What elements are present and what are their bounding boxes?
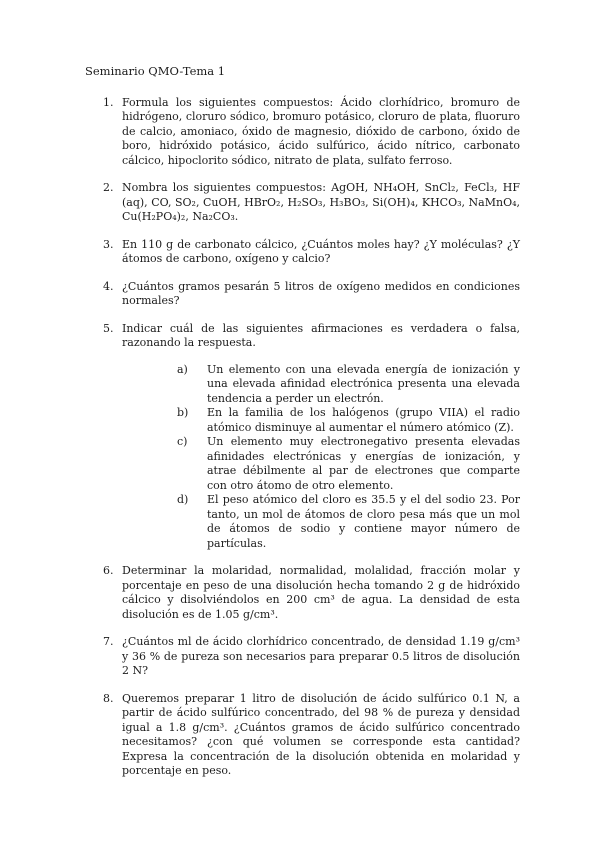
subquestion-text: Un elemento muy electronegativo presenta…	[207, 435, 520, 493]
question-text: Nombra los siguientes compuestos: AgOH, …	[122, 181, 520, 225]
question-item-5: 5. Indicar cuál de las siguientes afirma…	[85, 322, 520, 552]
question-item-2: 2. Nombra los siguientes compuestos: AgO…	[85, 181, 520, 225]
question-number: 1.	[103, 96, 114, 111]
question-number: 3.	[103, 238, 114, 253]
question-item-6: 6. Determinar la molaridad, normalidad, …	[85, 564, 520, 622]
subquestion-letter: c)	[177, 435, 187, 450]
subquestion-letter: d)	[177, 493, 188, 508]
question-number: 2.	[103, 181, 114, 196]
question-text: ¿Cuántos ml de ácido clorhídrico concent…	[122, 635, 520, 679]
subquestion-item-d: d) El peso atómico del cloro es 35.5 y e…	[122, 493, 520, 551]
question-text: Formula los siguientes compuestos: Ácido…	[122, 96, 520, 169]
question-text: Queremos preparar 1 litro de disolución …	[122, 692, 520, 779]
subquestion-text: En la familia de los halógenos (grupo VI…	[207, 406, 520, 435]
document-title: Seminario QMO-Tema 1	[85, 64, 520, 79]
question-item-3: 3. En 110 g de carbonato cálcico, ¿Cuánt…	[85, 238, 520, 267]
question-text: Indicar cuál de las siguientes afirmacio…	[122, 322, 520, 351]
question-number: 4.	[103, 280, 114, 295]
question-number: 5.	[103, 322, 114, 337]
subquestion-text: Un elemento con una elevada energía de i…	[207, 363, 520, 407]
question-text: Determinar la molaridad, normalidad, mol…	[122, 564, 520, 622]
question-text: En 110 g de carbonato cálcico, ¿Cuántos …	[122, 238, 520, 267]
subquestion-text: El peso atómico del cloro es 35.5 y el d…	[207, 493, 520, 551]
document-page: Seminario QMO-Tema 1 1. Formula los sigu…	[0, 0, 599, 848]
subquestion-item-b: b) En la familia de los halógenos (grupo…	[122, 406, 520, 435]
subquestion-item-a: a) Un elemento con una elevada energía d…	[122, 363, 520, 407]
question-number: 8.	[103, 692, 114, 707]
subquestion-letter: a)	[177, 363, 188, 378]
question-number: 6.	[103, 564, 114, 579]
question-text: ¿Cuántos gramos pesarán 5 litros de oxíg…	[122, 280, 520, 309]
question-item-4: 4. ¿Cuántos gramos pesarán 5 litros de o…	[85, 280, 520, 309]
subquestion-letter: b)	[177, 406, 188, 421]
question-item-1: 1. Formula los siguientes compuestos: Ác…	[85, 96, 520, 169]
question-item-8: 8. Queremos preparar 1 litro de disoluci…	[85, 692, 520, 779]
subquestion-list: a) Un elemento con una elevada energía d…	[122, 363, 520, 552]
question-number: 7.	[103, 635, 114, 650]
subquestion-item-c: c) Un elemento muy electronegativo prese…	[122, 435, 520, 493]
question-item-7: 7. ¿Cuántos ml de ácido clorhídrico conc…	[85, 635, 520, 679]
